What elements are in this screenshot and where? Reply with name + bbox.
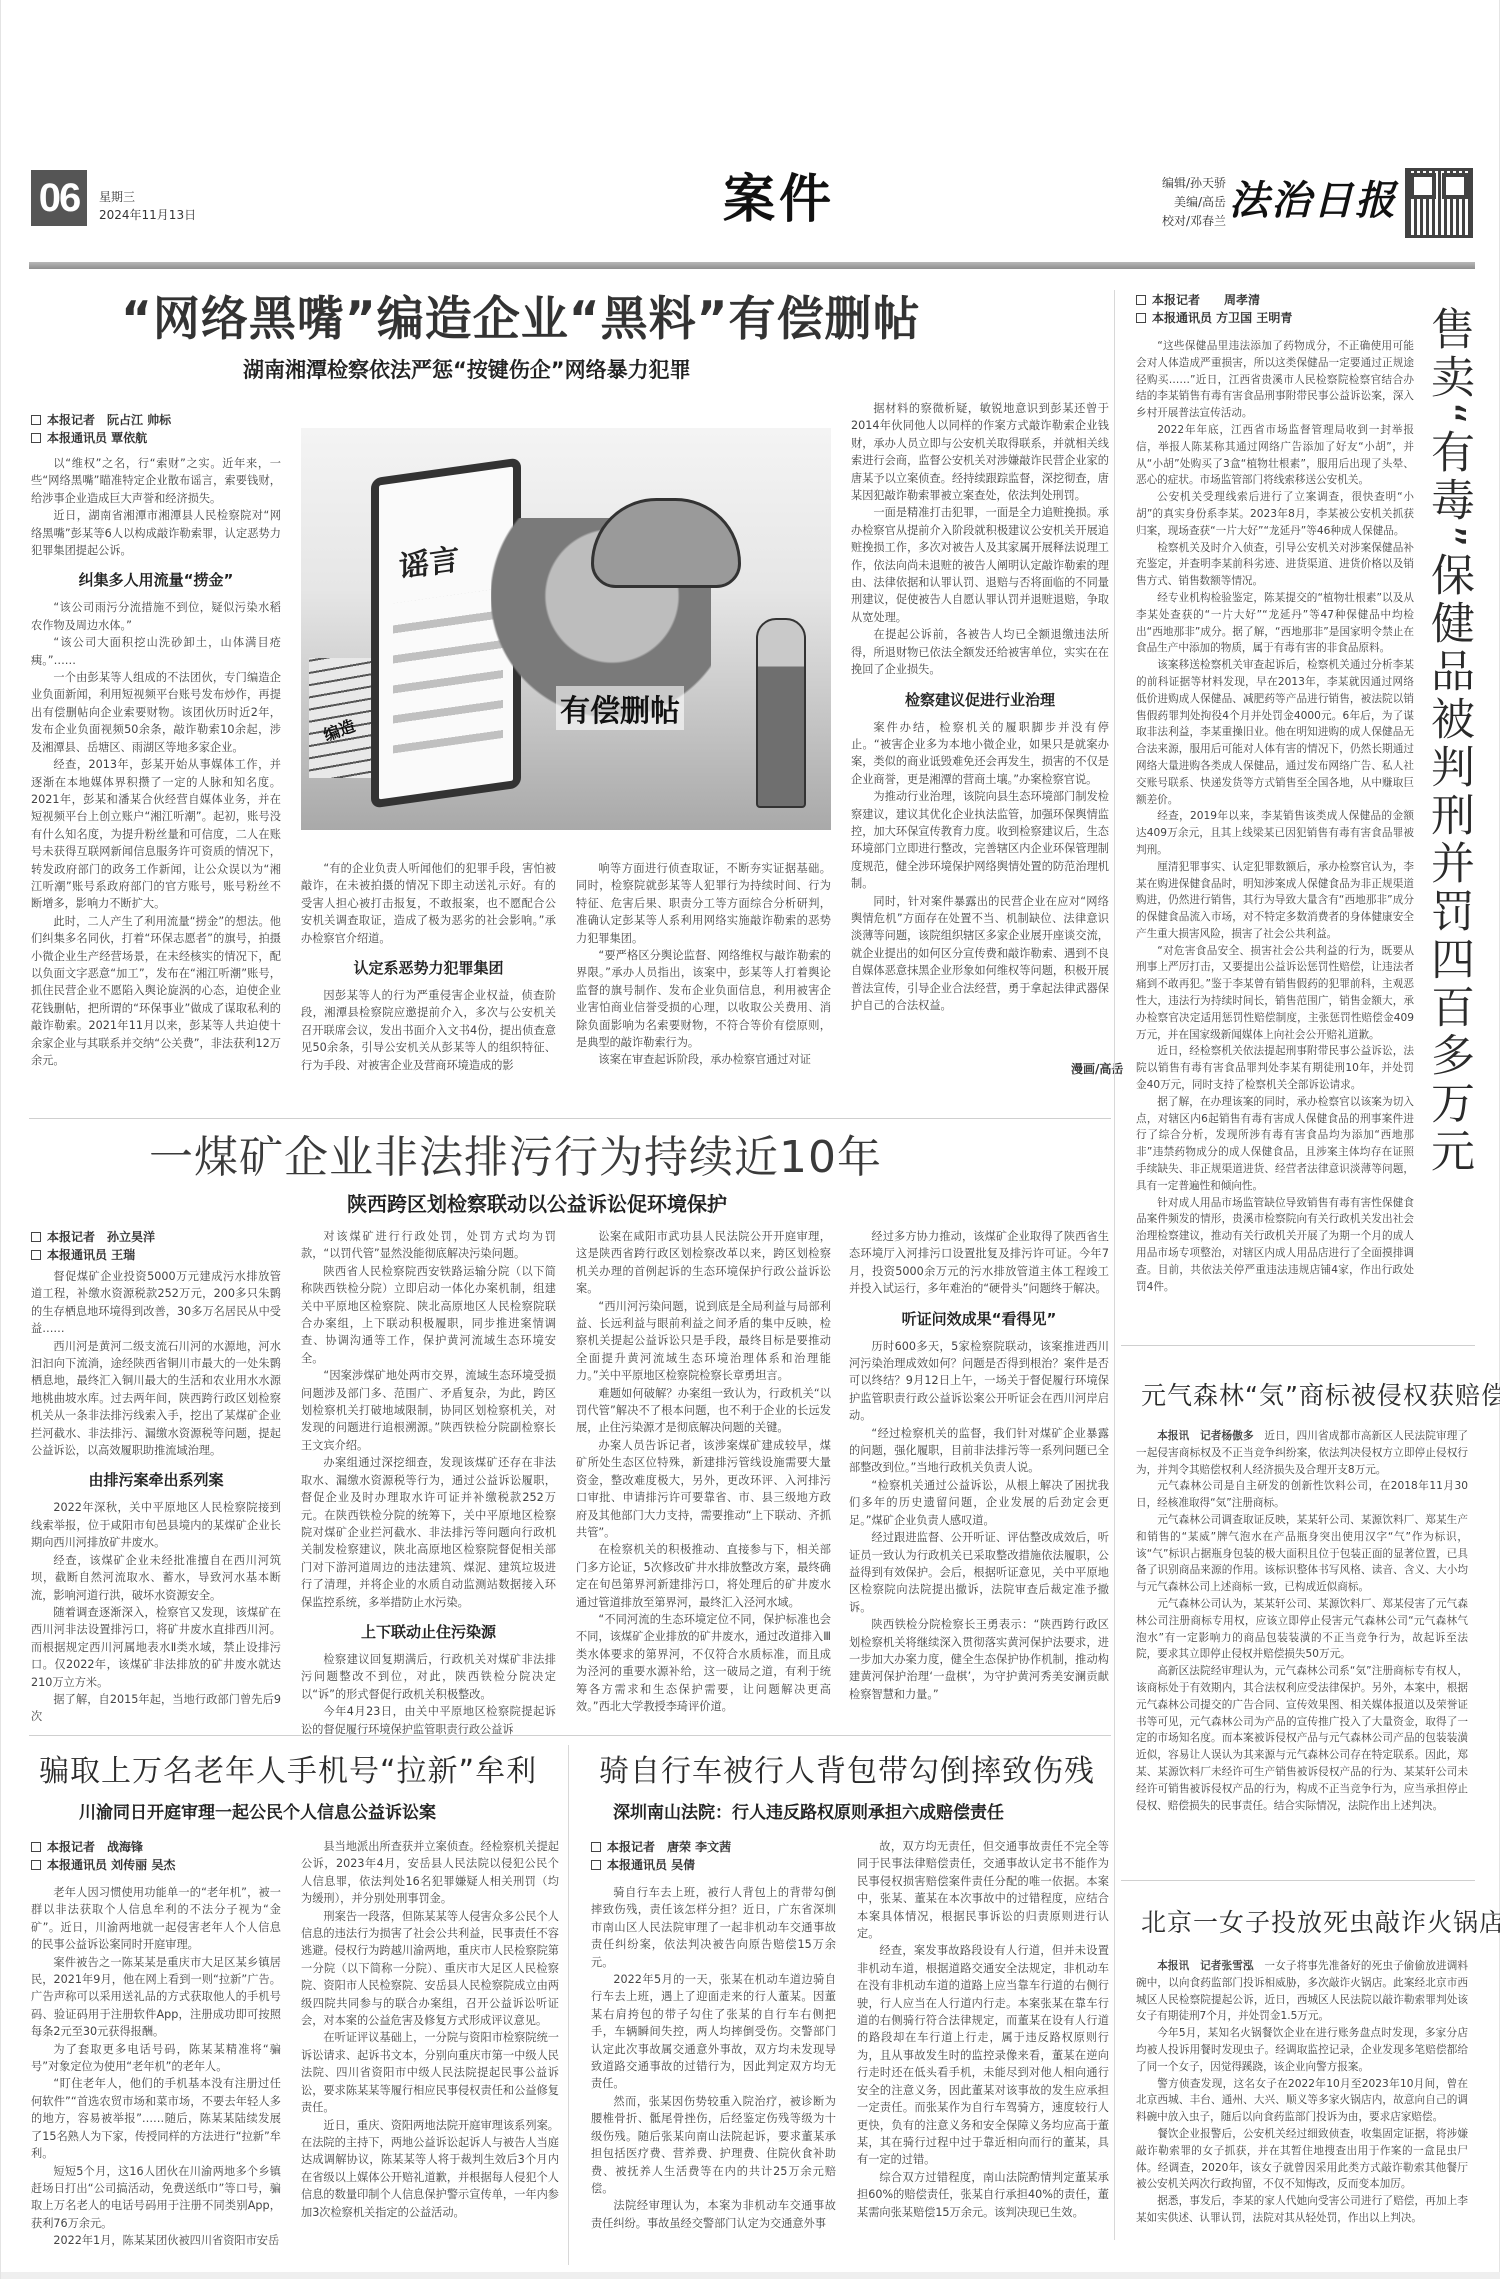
article6-byline: 本报记者 唐荣 李文茜 本报通讯员 吴倩 bbox=[591, 1838, 731, 1874]
paragraph: 短短5个月，这16人团伙在川渝两地多个乡镇赶场日打出“公司搞活动，免费送纸巾”等… bbox=[31, 2163, 281, 2233]
paragraph: “有的企业负责人听闻他们的犯罪手段，害怕被敲诈，在未被拍摄的情况下即主动送礼示好… bbox=[301, 860, 556, 947]
divider bbox=[29, 1735, 1111, 1736]
paragraph: 今年5月，某知名火锅餐饮企业在进行账务盘点时发现，多家分店均被人投诉用餐时发现虫… bbox=[1136, 2025, 1468, 2075]
paragraph: 据材料的察微析疑，敏锐地意识到彭某还曾于2014年伙同他人以同样的作案方式敲诈勒… bbox=[851, 400, 1109, 504]
paragraph: “经过检察机关的监督，我们针对煤矿企业暴露的问题，强化履职，目前非法排污等一系列… bbox=[849, 1425, 1109, 1477]
article6-headline[interactable]: 骑自行车被行人背包带勾倒摔致伤残 bbox=[599, 1750, 1095, 1794]
paragraph: 为了套取更多电话号码，陈某某精准将“骗号”对象定位为使用“老年机”的老年人。 bbox=[31, 2041, 281, 2076]
article1-column-3: 响等方面进行侦查取证，不断夯实证据基础。同时，检察院就彭某等人犯罪行为持续时间、… bbox=[576, 860, 831, 1110]
lead-label: 本报讯 bbox=[1157, 1960, 1200, 1972]
paragraph: 经查，2013年，彭某开始从事媒体工作，并逐渐在本地媒体界积攒了一定的人脉和知名… bbox=[31, 756, 281, 913]
credit-editor: 编辑/孙天骄 bbox=[1162, 174, 1226, 193]
paragraph: 经过跟进监督、公开听证、评估整改成效后，听证员一致认为行政机关已采取整改措施依法… bbox=[849, 1529, 1109, 1616]
weekday: 星期三 bbox=[99, 188, 196, 206]
paragraph: 经查，该煤矿企业未经批准擅自在西川河筑坝，截断自然河流取水、蓄水，导致河水基本断… bbox=[31, 1552, 281, 1604]
paragraph: “该公司大面积挖山洗砂卸土，山体满目疮痍。”…… bbox=[31, 634, 281, 669]
qr-code-icon[interactable] bbox=[1405, 168, 1473, 238]
byline-box-icon bbox=[591, 1860, 601, 1870]
paragraph: 据了解，自2015年起，当地行政部门曾先后9次 bbox=[31, 1691, 281, 1726]
article1-byline: 本报记者 阮占江 帅标 本报通讯员 覃依航 bbox=[31, 411, 171, 447]
paragraph: 本报讯 记者张雪泓 一女子将事先准备好的死虫子偷偷放进调料碗中，以向食药监部门投… bbox=[1136, 1958, 1468, 2025]
victim-figure bbox=[756, 618, 806, 808]
byline-box-icon bbox=[31, 415, 41, 425]
paragraph: 本报讯 记者杨傲多 近日，四川省成都市高新区人民法院审理了一起侵害商标权及不正当… bbox=[1136, 1428, 1468, 1478]
paragraph: 随着调查逐渐深入，检察官又发现，该煤矿在西川河非法设置排污口，将矿井废水直排西川… bbox=[31, 1604, 281, 1691]
byline-box-icon bbox=[31, 1250, 41, 1260]
credit-designer: 美编/高岳 bbox=[1162, 193, 1226, 212]
byline-box-icon bbox=[31, 1232, 41, 1242]
article3-column-1: 督促煤矿企业投资5000万元建成污水排放管道工程，补缴水资源税款252万元，20… bbox=[31, 1268, 281, 1718]
divider bbox=[1121, 1345, 1475, 1346]
paragraph: 2022年5月的一天，张某在机动车道边骑自行车去上班，遇上了迎面走来的行人董某。… bbox=[591, 1971, 836, 2093]
paragraph: “不同河流的生态环境定位不同，保护标准也会不同，该煤矿企业排放的矿井废水，通过改… bbox=[576, 1611, 831, 1715]
paragraph: 陕西铁检分院检察长王勇表示：“陕西跨行政区划检察机关将继续深入贯彻落实黄河保护法… bbox=[849, 1616, 1109, 1703]
cartoon-label-paid-delete: 有偿删帖 bbox=[556, 686, 684, 730]
paragraph: “该公司雨污分流措施不到位，疑似污染水稻农作物及周边水体。” bbox=[31, 599, 281, 634]
paragraph: 经专业机构检验鉴定，陈某提交的“植物壮根素”以及从李某处查获的“一片大好”“龙延… bbox=[1136, 590, 1414, 657]
article3-byline: 本报记者 孙立昊洋 本报通讯员 王瑞 bbox=[31, 1228, 155, 1264]
divider bbox=[29, 1118, 1111, 1119]
paragraph: 讼案在咸阳市武功县人民法院公开开庭审理，这是陕西省跨行政区划检察改革以来，跨区划… bbox=[576, 1228, 831, 1298]
masthead-rule bbox=[29, 262, 1475, 269]
paragraph: 一面是精准打击犯罪，一面是全力追赃挽损。承办检察官从提前介入阶段就积极建议公安机… bbox=[851, 504, 1109, 626]
paragraph: 2022年年底，江西省市场监督管理局收到一封举报信，举报人陈某称其通过网络广告添… bbox=[1136, 422, 1414, 489]
article1-headline[interactable]: “网络黑嘴”编造企业“黑料”有偿删帖 bbox=[121, 290, 921, 350]
lead-reporter: 记者杨傲多 bbox=[1200, 1430, 1264, 1442]
article2-byline: 本报记者 周孝清 本报通讯员 方卫国 王明青 bbox=[1136, 291, 1292, 327]
paragraph: 故，双方均无责任，但交通事故责任不完全等同于民事法律赔偿责任，交通事故认定书不能… bbox=[857, 1838, 1109, 1942]
column-divider bbox=[568, 1745, 569, 2265]
paragraph: 近日，经检察机关依法提起刑事附带民事公益诉讼，法院以销售有毒有害食品罪判处李某有… bbox=[1136, 1043, 1414, 1093]
paragraph: 据了解，在办理该案的同时，承办检察官以该案为切入点，对辖区内6起销售有毒有害成人… bbox=[1136, 1094, 1414, 1195]
article1-column-4: 据材料的察微析疑，敏锐地意识到彭某还曾于2014年伙同他人以同样的作案方式敲诈勒… bbox=[851, 400, 1109, 1060]
article6-subheadline: 深圳南山法院：行人违反路权原则承担六成赔偿责任 bbox=[613, 1800, 1004, 1826]
byline-box-icon bbox=[1136, 313, 1146, 323]
section-subhead: 纠集多人用流量“捞金” bbox=[31, 569, 281, 591]
paragraph: 以“维权”之名，行“索财”之实。近年来，一些“网络黑嘴”瞄准特定企业散布谣言，索… bbox=[31, 455, 281, 507]
newspaper-logo: 法治日报 bbox=[1229, 166, 1397, 236]
byline-box-icon bbox=[31, 433, 41, 443]
paragraph: 老年人因习惯使用功能单一的“老年机”，被一群以非法获取个人信息牟利的不法分子视为… bbox=[31, 1884, 281, 1954]
page-number: 06 bbox=[31, 170, 87, 226]
article2-body: “这些保健品里违法添加了药物成分，不正确使用可能会对人体造成严重损害，所以这类保… bbox=[1136, 338, 1414, 1338]
paragraph: 检察机关及时介入侦查，引导公安机关对涉案保健品补充鉴定，并查明李某前科劣迹、进货… bbox=[1136, 540, 1414, 590]
article7-body: 本报讯 记者张雪泓 一女子将事先准备好的死虫子偷偷放进调料碗中，以向食药监部门投… bbox=[1136, 1958, 1468, 2258]
cartoon-credit: 漫画/高岳 bbox=[1071, 1060, 1123, 1077]
article5-subheadline: 川渝同日开庭审理一起公民个人信息公益诉讼案 bbox=[79, 1800, 436, 1826]
paragraph: 针对成人用品市场监管缺位导致销售有毒有害性保健食品案件频发的情形，贵溪市检察院向… bbox=[1136, 1195, 1414, 1296]
article3-column-4: 经过多方协力推动，该煤矿企业取得了陕西省生态环境厅入河排污口设置批复及排污许可证… bbox=[849, 1228, 1109, 1718]
paragraph: 骑自行车去上班，被行人背包上的背带勾倒摔致伤残，责任该怎样分担？近日，广东省深圳… bbox=[591, 1884, 836, 1971]
paragraph: 元气森林公司认为，某某轩公司、某源饮料厂、郑某侵害了元气森林公司注册商标专用权，… bbox=[1136, 1596, 1468, 1663]
paragraph: 陕西省人民检察院西安铁路运输分院（以下简称陕西铁检分院）立即启动一体化办案机制，… bbox=[301, 1263, 556, 1367]
credit-proofreader: 校对/邓春兰 bbox=[1162, 212, 1226, 231]
paragraph: 为推动行业治理，该院向县生态环境部门制发检察建议，建议其优化企业执法监管，加强环… bbox=[851, 788, 1109, 892]
paragraph: 难题如何破解？办案组一致认为，行政机关“以罚代管”解决不了根本问题，也不利于企业… bbox=[576, 1385, 831, 1437]
paragraph: 元气森林公司调查取证反映，某某轩公司、某源饮料厂、郑某生产和销售的“某威”牌气泡… bbox=[1136, 1512, 1468, 1596]
paragraph: 该案在审查起诉阶段，承办检察官通过对证 bbox=[576, 1051, 831, 1068]
hat-icon bbox=[591, 498, 741, 588]
column-divider bbox=[1114, 290, 1115, 2240]
article2-headline[interactable]: 售卖“有毒”保健品被判刑并罚四百多万元 bbox=[1419, 306, 1475, 1176]
paragraph: 西川河是黄河二级支流石川河的水源地，河水汩汩向下流淌，途经陕西省铜川市最大的一处… bbox=[31, 1338, 281, 1460]
paragraph: “西川河污染问题，说到底是全局利益与局部利益、长远利益与眼前利益之间矛盾的集中反… bbox=[576, 1298, 831, 1385]
paragraph: “这些保健品里违法添加了药物成分，不正确使用可能会对人体造成严重损害，所以这类保… bbox=[1136, 338, 1414, 422]
paragraph: 一个由彭某等人组成的不法团伙，专门编造企业负面新闻，利用短视频平台账号发布炒作，… bbox=[31, 669, 281, 756]
article6-column-2: 故，双方均无责任，但交通事故责任不完全等同于民事法律赔偿责任，交通事故认定书不能… bbox=[857, 1838, 1109, 2258]
paragraph: 对该煤矿进行行政处罚，处罚方式均为罚款，“以罚代管”显然没能彻底解决污染问题。 bbox=[301, 1228, 556, 1263]
paragraph: 经过多方协力推动，该煤矿企业取得了陕西省生态环境厅入河排污口设置批复及排污许可证… bbox=[849, 1228, 1109, 1298]
paragraph: “要严格区分舆论监督、网络维权与敲诈勒索的界限。”承办人员指出，该案中，彭某等人… bbox=[576, 947, 831, 1051]
divider bbox=[1121, 1880, 1475, 1881]
paragraph: 今年4月23日，由关中平原地区检察院提起诉讼的督促履行环境保护监管职责行政公益诉 bbox=[301, 1703, 556, 1738]
article3-headline[interactable]: 一煤矿企业非法排污行为持续近10年 bbox=[149, 1130, 882, 1186]
paragraph: “因案涉煤矿地处两市交界，流域生态环境受损问题涉及部门多、范围广、矛盾复杂，为此… bbox=[301, 1367, 556, 1454]
paragraph: “对危害食品安全、损害社会公共利益的行为，既要从刑事上严厉打击，又要提出公益诉讼… bbox=[1136, 943, 1414, 1044]
paragraph: 响等方面进行侦查取证，不断夯实证据基础。同时，检察院就彭某等人犯罪行为持续时间、… bbox=[576, 860, 831, 947]
paragraph: 据悉，事发后，李某的家人代她向受害公司进行了赔偿，再加上李某如实供述、认罪认罚，… bbox=[1136, 2193, 1468, 2227]
paragraph: 高新区法院经审理认为，元气森林公司系“気”注册商标专有权人，该商标处于有效期内，… bbox=[1136, 1663, 1468, 1814]
editor-credits: 编辑/孙天骄 美编/高岳 校对/邓春兰 bbox=[1162, 174, 1226, 231]
paragraph: 近日，湖南省湘潭市湘潭县人民检察院对“网络黑嘴”彭某等6人以构成敲诈勒索罪，认定… bbox=[31, 507, 281, 559]
article5-column-2: 县当地派出所查获并立案侦查。经检察机关提起公诉，2023年4月，安岳县人民法院以… bbox=[301, 1838, 559, 2258]
paragraph: 刑案告一段落，但陈某某等人侵害众多公民个人信息的违法行为损害了社会公共利益，民事… bbox=[301, 1908, 559, 2030]
section-subhead: 由排污案牵出系列案 bbox=[31, 1469, 281, 1491]
paragraph: 办案组通过深挖细查，发现该煤矿还存在非法取水、漏缴水资源税等行为，通过公益诉讼履… bbox=[301, 1454, 556, 1611]
section-subhead: 听证问效成果“看得见” bbox=[849, 1308, 1109, 1330]
article3-column-3: 讼案在咸阳市武功县人民法院公开开庭审理，这是陕西省跨行政区划检察改革以来，跨区划… bbox=[576, 1228, 831, 1718]
section-subhead: 检察建议促进行业治理 bbox=[851, 689, 1109, 711]
paragraph: 在听证评议基础上，一分院与资阳市检察院统一诉讼请求、起诉书文本，分别向重庆市第一… bbox=[301, 2029, 559, 2116]
byline-box-icon bbox=[591, 1842, 601, 1852]
article4-headline[interactable]: 元气森林“気”商标被侵权获赔偿 bbox=[1141, 1378, 1500, 1414]
paragraph: 督促煤矿企业投资5000万元建成污水排放管道工程，补缴水资源税款252万元，20… bbox=[31, 1268, 281, 1338]
paragraph: 案件办结，检察机关的履职脚步并没有停止。“被害企业多为本地小微企业，如果只是就案… bbox=[851, 719, 1109, 789]
paragraph: 警方侦查发现，这名女子在2022年10月至2023年10月间，曾在北京西城、丰台… bbox=[1136, 2076, 1468, 2126]
paragraph: 案件被告之一陈某某是重庆市大足区某乡镇居民，2021年9月，他在网上看到一则“拉… bbox=[31, 1954, 281, 2041]
article5-byline: 本报记者 战海锋 本报通讯员 刘传丽 吴杰 bbox=[31, 1838, 175, 1874]
paragraph: 法院经审理认为，本案为非机动车交通事故责任纠纷。事故虽经交警部门认定为交通意外事 bbox=[591, 2197, 836, 2232]
byline-box-icon bbox=[31, 1842, 41, 1852]
article5-column-1: 老年人因习惯使用功能单一的“老年机”，被一群以非法获取个人信息牟利的不法分子视为… bbox=[31, 1884, 281, 2264]
paragraph: 县当地派出所查获并立案侦查。经检察机关提起公诉，2023年4月，安岳县人民法院以… bbox=[301, 1838, 559, 1908]
article7-headline[interactable]: 北京一女子投放死虫敲诈火锅店 bbox=[1141, 1905, 1500, 1941]
paragraph: 历时600多天，5家检察院联动，该案推进西川河污染治理成效如何？问题是否得到根治… bbox=[849, 1338, 1109, 1425]
article1-column-2: “有的企业负责人听闻他们的犯罪手段，害怕被敲诈，在未被拍摄的情况下即主动送礼示好… bbox=[301, 860, 556, 1110]
paragraph: 综合双方过错程度，南山法院酌情判定董某承担60%的赔偿责任，张某自行承担40%的… bbox=[857, 2169, 1109, 2221]
paragraph: 近日，重庆、资阳两地法院开庭审理该系列案。在法院的主持下，两地公益诉讼起诉人与被… bbox=[301, 2117, 559, 2221]
paragraph: 检察建议回复期满后，行政机关对煤矿非法排污问题整改不到位，对此，陕西铁检分院决定… bbox=[301, 1651, 556, 1703]
lead-label: 本报讯 bbox=[1157, 1430, 1200, 1442]
paragraph: 2022年1月，陈某某团伙被四川省资阳市安岳 bbox=[31, 2232, 281, 2249]
paragraph: 公安机关受理线索后进行了立案调查，很快查明“小胡”的真实身份系李某。2023年8… bbox=[1136, 489, 1414, 539]
paragraph: 办案人员告诉记者，该涉案煤矿建成较早，煤矿所处生态区位特殊，新建排污管线设施需要… bbox=[576, 1437, 831, 1541]
article4-body: 本报讯 记者杨傲多 近日，四川省成都市高新区人民法院审理了一起侵害商标权及不正当… bbox=[1136, 1428, 1468, 1848]
byline-box-icon bbox=[1136, 295, 1146, 305]
newspaper-page: 06 星期三 2024年11月13日 案件 编辑/孙天骄 美编/高岳 校对/邓春… bbox=[0, 0, 1500, 2279]
paragraph: 元气森林公司是自主研发的创新性饮料公司，在2018年11月30日，经核准取得“気… bbox=[1136, 1478, 1468, 1512]
byline-box-icon bbox=[31, 1860, 41, 1870]
article1-subheadline: 湖南湘潭检察依法严惩“按键伤企”网络暴力犯罪 bbox=[243, 355, 691, 385]
paragraph: 经查，案发事故路段设有人行道，但并未设置非机动车道，根据道路交通安全法规定，非机… bbox=[857, 1942, 1109, 2168]
section-subhead: 上下联动止住污染源 bbox=[301, 1621, 556, 1643]
article3-subheadline: 陕西跨区划检察联动以公益诉讼促环境保护 bbox=[347, 1190, 727, 1218]
issue-date: 星期三 2024年11月13日 bbox=[99, 188, 196, 224]
paragraph: 此时，二人产生了利用流量“捞金”的想法。他们纠集多名同伙，打着“环保志愿者”的旗… bbox=[31, 913, 281, 1070]
page-bottom-edge bbox=[1, 2272, 1500, 2279]
cartoon-label-rumor: 谣言 bbox=[399, 534, 459, 586]
paragraph: 厘清犯罪事实、认定犯罪数额后，承办检察官认为，李某在购进保健食品时，明知涉案成人… bbox=[1136, 859, 1414, 943]
article6-column-1: 骑自行车去上班，被行人背包上的背带勾倒摔致伤残，责任该怎样分担？近日，广东省深圳… bbox=[591, 1884, 836, 2264]
date: 2024年11月13日 bbox=[99, 206, 196, 224]
cartoon-illustration: 编造 谣言 有偿删帖 bbox=[301, 428, 831, 830]
paragraph: 经查，2019年以来，李某销售该类成人保健品的金额达409万余元，且其上线梁某已… bbox=[1136, 808, 1414, 858]
paragraph: “盯住老年人，他们的手机基本没有注册过任何软件”“首选农贸市场和菜市场，不要去年… bbox=[31, 2075, 281, 2162]
paragraph: 同时，针对案件暴露出的民营企业在应对“网络舆情危机”方面存在处置不当、机制缺位、… bbox=[851, 893, 1109, 1015]
paragraph: 该案移送检察机关审查起诉后，检察机关通过分析李某的前科证据等材料发现，早在201… bbox=[1136, 657, 1414, 808]
paragraph: 餐饮企业报警后，公安机关经过细致侦查，收集固定证据，将涉嫌敲诈勒索罪的女子抓获，… bbox=[1136, 2126, 1468, 2193]
article3-column-2: 对该煤矿进行行政处罚，处罚方式均为罚款，“以罚代管”显然没能彻底解决污染问题。陕… bbox=[301, 1228, 556, 1718]
paragraph: 因彭某等人的行为严重侵害企业权益，侦查阶段，湘潭县检察院应邀提前介入，多次与公安… bbox=[301, 987, 556, 1074]
article1-column-1: 以“维权”之名，行“索财”之实。近年来，一些“网络黑嘴”瞄准特定企业散布谣言，索… bbox=[31, 455, 281, 1095]
article5-headline[interactable]: 骗取上万名老年人手机号“拉新”牟利 bbox=[39, 1750, 537, 1794]
paragraph: “检察机关通过公益诉讼，从根上解决了困扰我们多年的历史遗留问题，企业发展的后劲定… bbox=[849, 1477, 1109, 1529]
paragraph: 在提起公诉前，各被告人均已全额退缴违法所得，所退财物已依法全额发还给被害单位，实… bbox=[851, 626, 1109, 678]
section-title: 案件 bbox=[679, 160, 879, 240]
lead-reporter: 记者张雪泓 bbox=[1200, 1960, 1264, 1972]
masthead: 06 星期三 2024年11月13日 案件 编辑/孙天骄 美编/高岳 校对/邓春… bbox=[29, 160, 1475, 260]
paragraph: 然而，张某因伤势较重入院治疗，被诊断为腰椎骨折、骶尾骨挫伤，后经鉴定伤残等级为十… bbox=[591, 2093, 836, 2197]
paragraph: 在检察机关的积极推动、直接参与下，相关部门多方论证，5次修改矿井水排放整改方案，… bbox=[576, 1541, 831, 1611]
paragraph: 2022年深秋，关中平原地区人民检察院接到线索举报，位于咸阳市旬邑县境内的某煤矿… bbox=[31, 1499, 281, 1551]
section-subhead: 认定系恶势力犯罪集团 bbox=[301, 957, 556, 979]
